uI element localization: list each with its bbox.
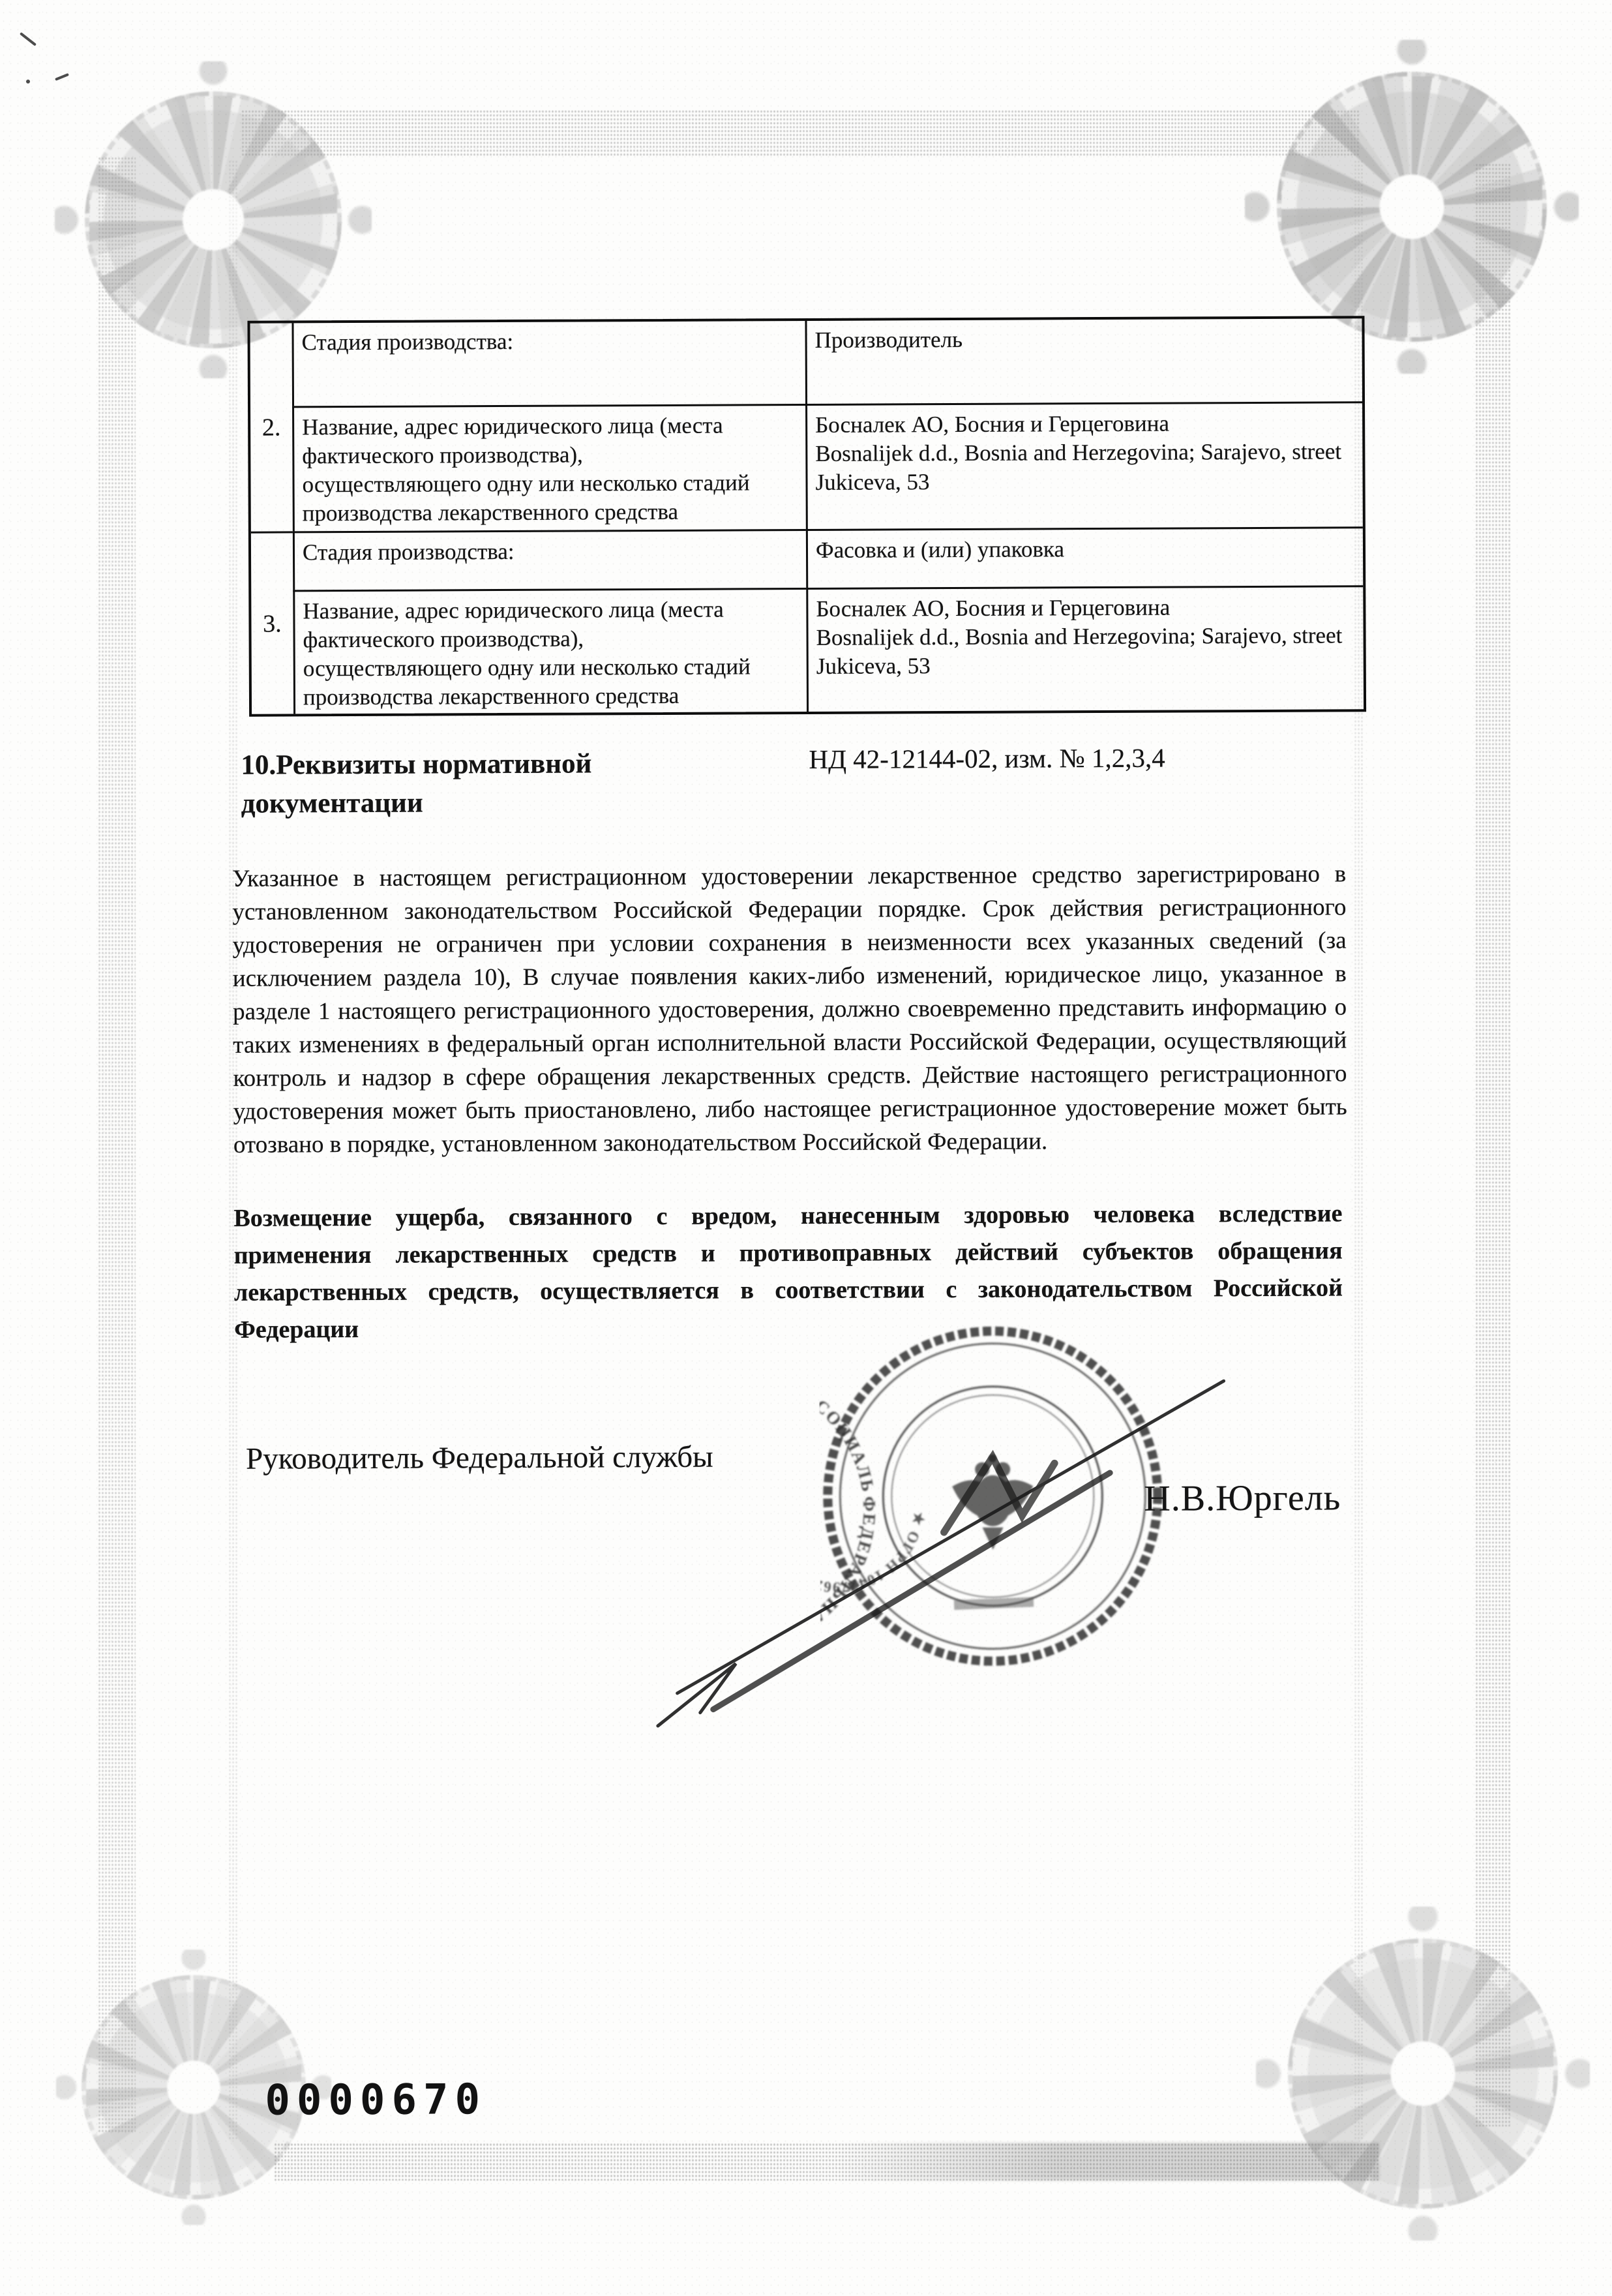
manufacturer-label-cell: Название, адрес юридического лица (места… [293,588,807,714]
manufacturer-label-cell: Название, адрес юридического лица (места… [292,404,806,531]
production-stages-table: 2. Стадия производства: Производитель На… [247,316,1366,716]
section10-normative-doc-value: НД 42-12144-02, изм. № 1,2,3,4 [809,742,1165,775]
form-serial-number: 0000670 [265,2076,486,2124]
manufacturer-name-ru: Босналек АО, Босния и Герцеговина [816,595,1170,622]
stage-label-cell: Стадия производства: [291,321,805,406]
scanned-certificate-page: 2. Стадия производства: Производитель На… [0,0,1612,2296]
manufacturer-value-cell: Босналек АО, Босния и Герцеговина Bosnal… [806,585,1364,712]
liability-paragraph: Возмещение ущерба, связанного с вредом, … [233,1195,1343,1348]
manufacturer-value-cell: Босналек АО, Босния и Герцеговина Bosnal… [805,401,1363,529]
manufacturer-name-ru: Босналек АО, Босния и Герцеговина [815,411,1169,438]
stage-value-cell: Производитель [805,318,1362,404]
stage-label-cell: Стадия производства: [293,529,806,590]
section10-heading: 10.Реквизиты нормативной документации [241,744,659,823]
row-number: 3. [251,531,293,714]
manufacturer-name-en: Bosnalijek d.d., Bosnia and Herzegovina;… [815,438,1341,495]
signature-strokes-icon [640,1355,1281,1749]
row-number: 2. [250,323,292,531]
stage-value-cell: Фасовка и (или) упаковка [806,526,1363,588]
manufacturer-name-en: Bosnalijek d.d., Bosnia and Herzegovina;… [816,622,1343,679]
registration-terms-paragraph: Указанное в настоящем регистрационном уд… [232,857,1347,1161]
